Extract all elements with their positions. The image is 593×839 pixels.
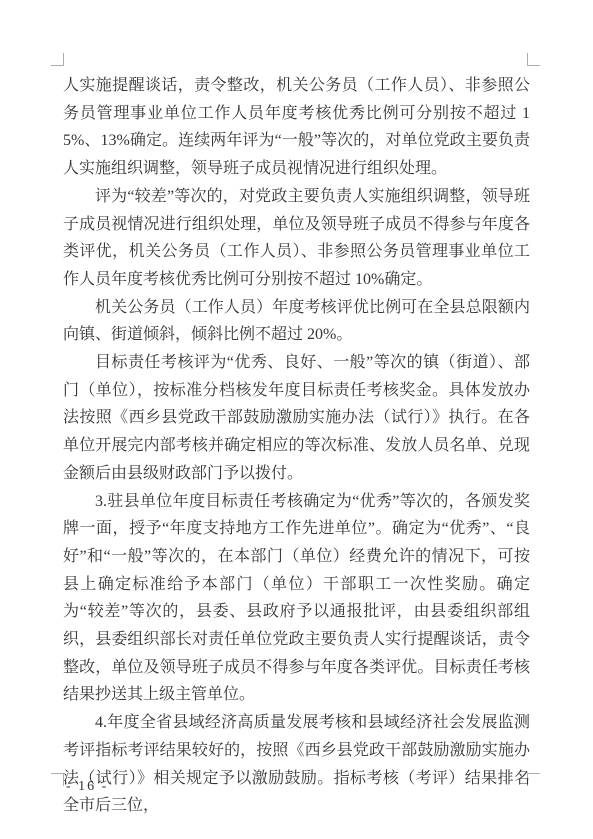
crop-mark-top-left-icon	[51, 53, 64, 66]
paragraph: 4.年度全省县域经济高质量发展考核和县域经济社会发展监测考评指标考评结果较好的，…	[63, 709, 530, 820]
paragraph: 目标责任考核评为“优秀、良好、一般”等次的镇（街道）、部门（单位），按标准分档核…	[63, 349, 530, 488]
paragraph: 评为“较差”等次的，对党政主要负责人实施组织调整，领导班子成员视情况进行组织处理…	[63, 183, 530, 294]
crop-mark-top-right-icon	[527, 53, 540, 66]
page-number: - 16 -	[66, 779, 108, 795]
paragraph: 3.驻县单位年度目标责任考核确定为“优秀”等次的，各颁发奖牌一面，授予“年度支持…	[63, 488, 530, 710]
document-page: 人实施提醒谈话，责令整改，机关公务员（工作人员）、非参照公务员管理事业单位工作人…	[0, 0, 593, 839]
document-body: 人实施提醒谈话，责令整改，机关公务员（工作人员）、非参照公务员管理事业单位工作人…	[63, 72, 530, 820]
paragraph: 机关公务员（工作人员）年度考核评优比例可在全县总限额内向镇、街道倾斜，倾斜比例不…	[63, 294, 530, 349]
paragraph: 人实施提醒谈话，责令整改，机关公务员（工作人员）、非参照公务员管理事业单位工作人…	[63, 72, 530, 183]
